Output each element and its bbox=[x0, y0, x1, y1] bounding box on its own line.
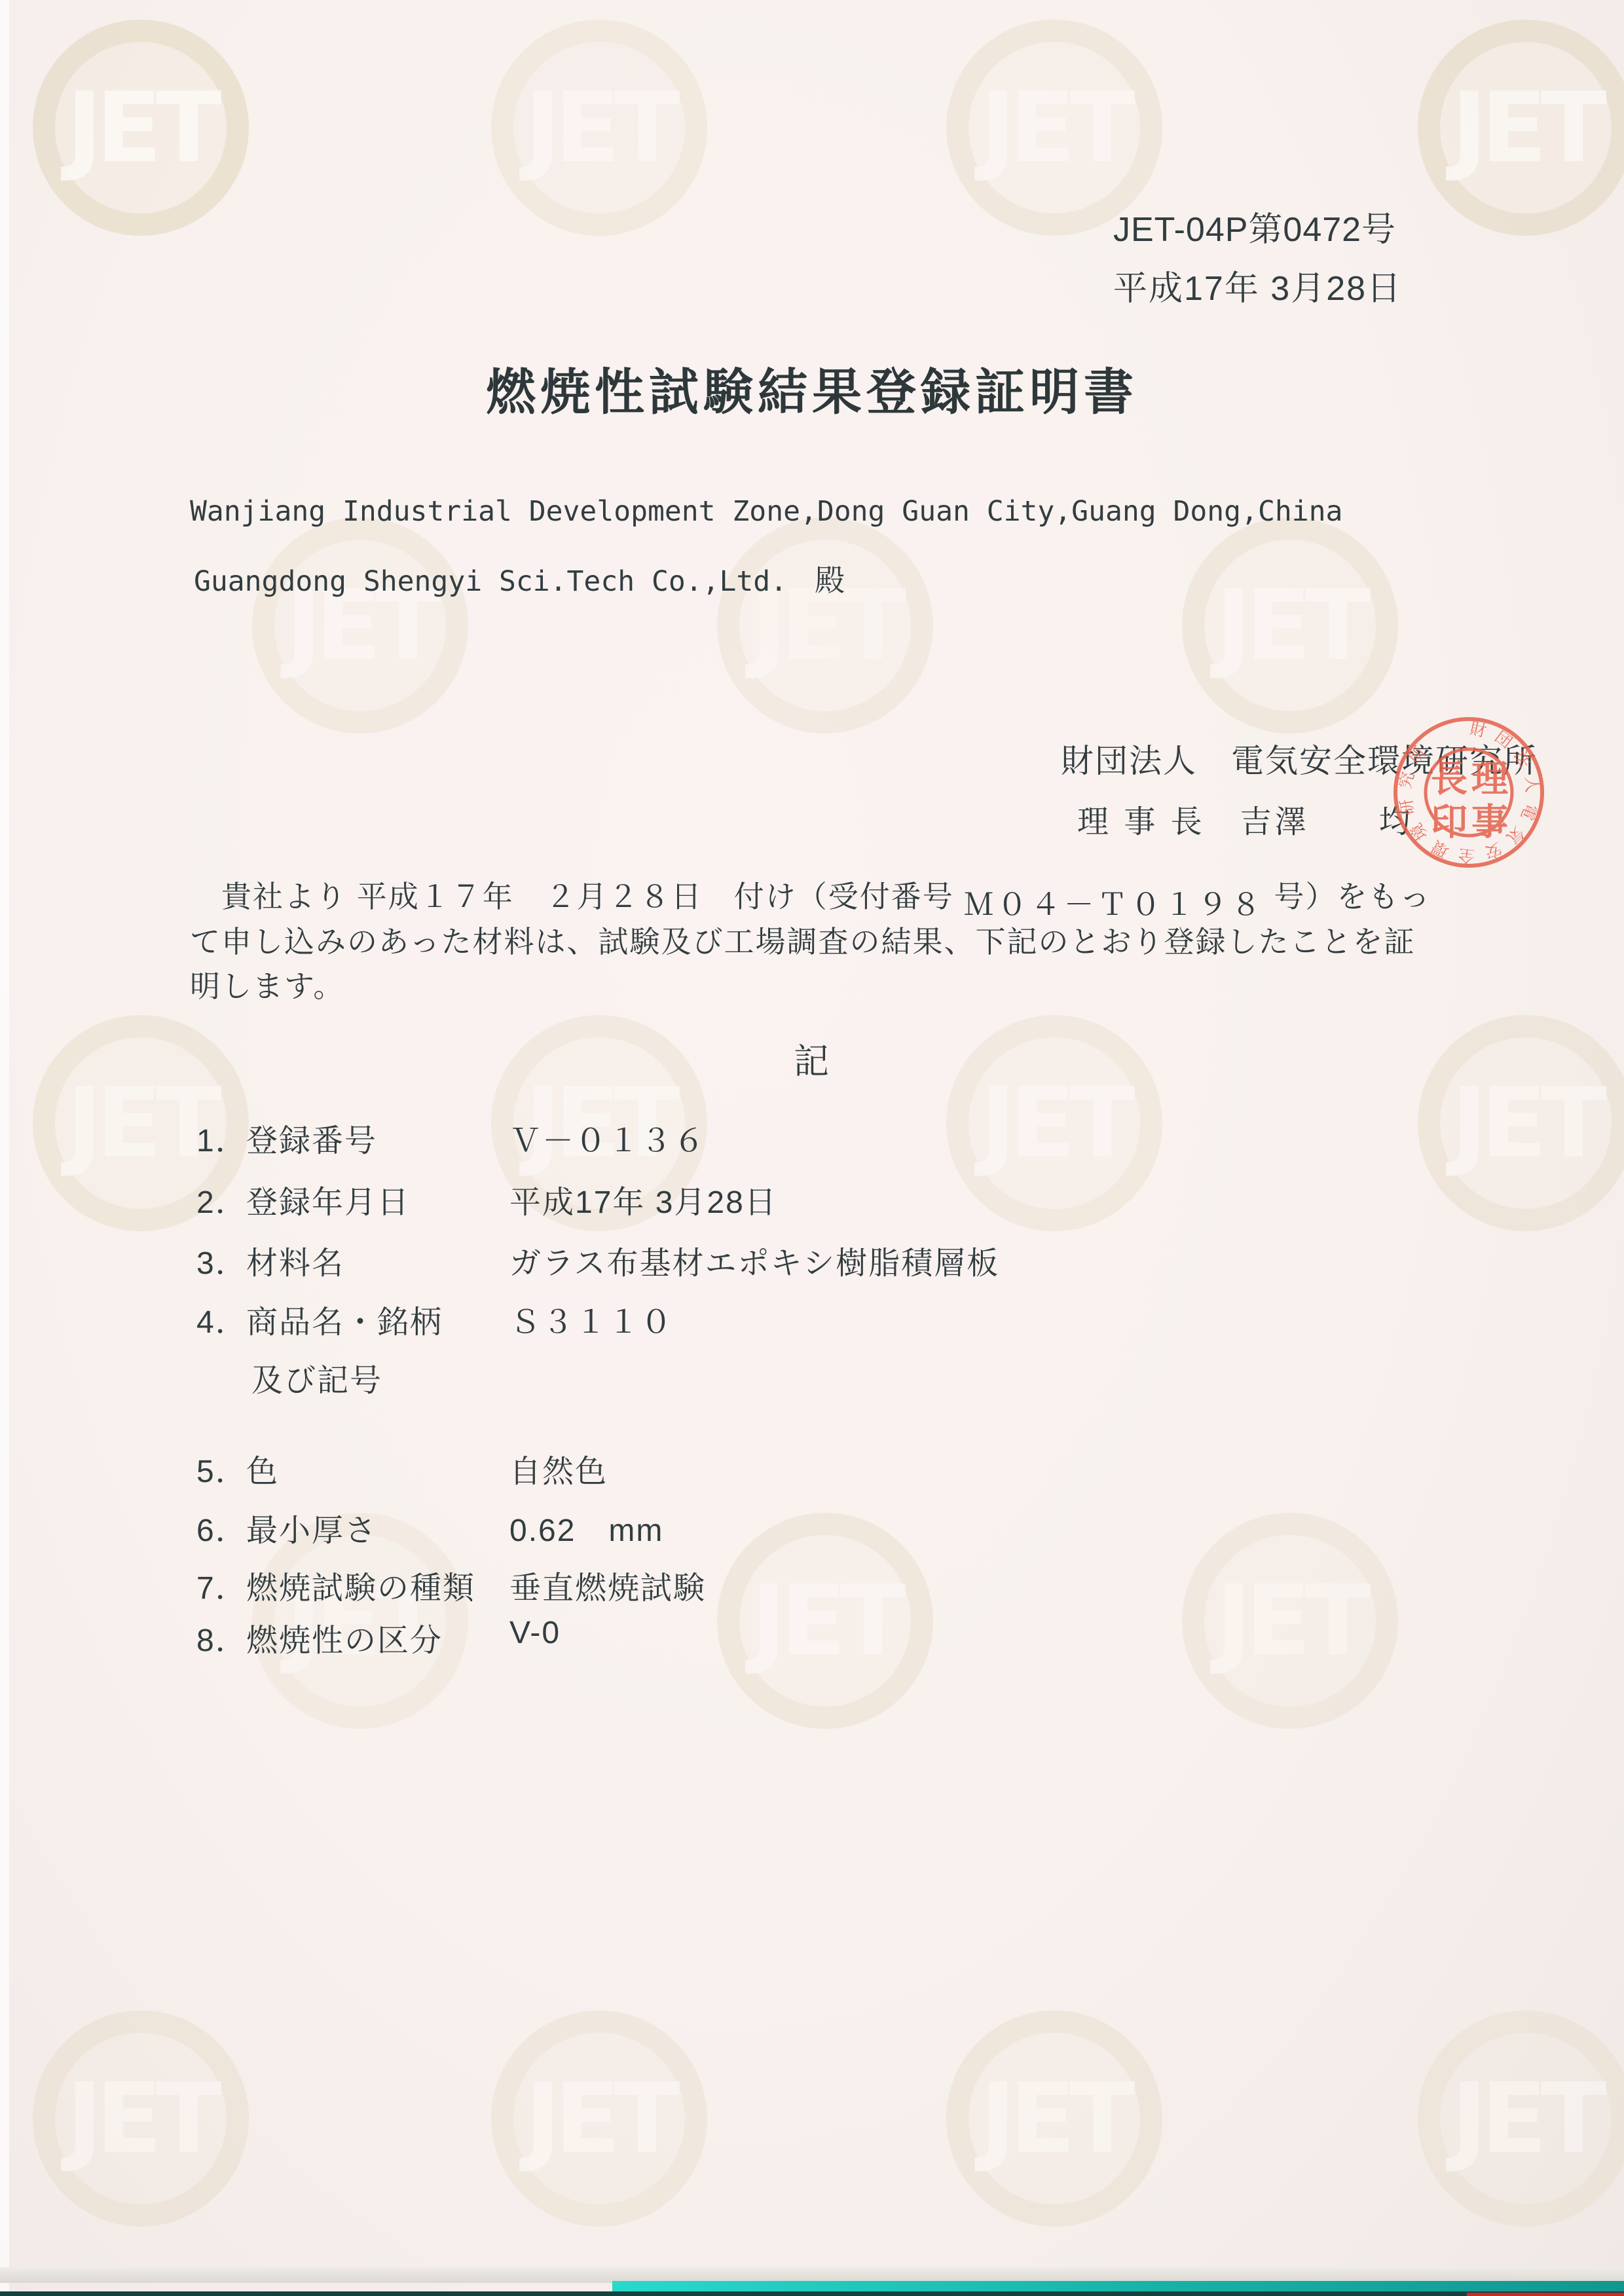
recipient-company-line: Guangdong Shengyi Sci.Tech Co.,Ltd.殿 bbox=[194, 557, 845, 600]
document-title: 燃焼性試験結果登録証明書 bbox=[0, 352, 1624, 424]
item-registration-number: 1．登録番号 Ｖ－０１３６ bbox=[196, 1115, 377, 1160]
item-number: 7． bbox=[196, 1563, 246, 1608]
recipient-address: Wanjiang Industrial Development Zone,Don… bbox=[190, 495, 1342, 528]
item-label-line2: 及び記号 bbox=[246, 1355, 443, 1400]
item-value: V-0 bbox=[509, 1615, 561, 1651]
body-line-1-prefix: 貴社より 平成１７年 ２月２８日 付け（受付番号 bbox=[190, 880, 964, 914]
item-min-thickness: 6．最小厚さ 0.62 mm bbox=[196, 1505, 377, 1550]
item-label: 材料名 bbox=[246, 1238, 344, 1283]
body-line-2: て申し込みのあった材料は、試験及び工場調査の結果、下記のとおり登録したことを証 bbox=[190, 918, 1416, 961]
item-label: 登録年月日 bbox=[246, 1177, 410, 1222]
item-number: 8． bbox=[196, 1615, 246, 1660]
document-ref-number: JET-04P第0472号 bbox=[1113, 202, 1396, 251]
item-value: Ｖ－０１３６ bbox=[509, 1115, 706, 1160]
item-label: 燃焼試験の種類 bbox=[246, 1563, 475, 1608]
record-marker: 記 bbox=[0, 1033, 1624, 1084]
item-label: 色 bbox=[246, 1446, 279, 1491]
scan-bottom-red-mark bbox=[1467, 2293, 1624, 2296]
item-test-type: 7．燃焼試験の種類 垂直燃焼試験 bbox=[196, 1563, 475, 1608]
item-label: 商品名・銘柄及び記号 bbox=[246, 1297, 443, 1400]
item-value: 自然色 bbox=[509, 1446, 608, 1491]
item-number: 1． bbox=[196, 1115, 246, 1160]
certificate-page: JETJETJETJETJETJETJETJETJETJETJETJETJETJ… bbox=[0, 0, 1624, 2296]
item-label-line1: 商品名・銘柄 bbox=[246, 1305, 443, 1340]
item-number: 5． bbox=[196, 1446, 246, 1491]
item-flammability-class: 8．燃焼性の区分 V-0 bbox=[196, 1615, 443, 1660]
item-color: 5．色 自然色 bbox=[196, 1446, 279, 1491]
item-number: 4． bbox=[196, 1297, 246, 1342]
item-value: Ｓ３１１０ bbox=[509, 1297, 673, 1342]
issuer-representative: 理 事 長 吉澤 均 bbox=[1077, 796, 1414, 842]
item-value: 垂直燃焼試験 bbox=[509, 1563, 706, 1608]
item-value: ガラス布基材エポキシ樹脂積層板 bbox=[509, 1238, 999, 1283]
item-number: 2． bbox=[196, 1177, 246, 1222]
item-number: 3． bbox=[196, 1238, 246, 1283]
item-value: 0.62 mm bbox=[509, 1505, 663, 1550]
item-product-name: 4．商品名・銘柄及び記号 Ｓ３１１０ bbox=[196, 1297, 443, 1400]
issuer-organization: 財団法人 電気安全環境研究所 bbox=[1061, 735, 1538, 782]
body-line-1: 貴社より 平成１７年 ２月２８日 付け（受付番号 Ｍ０４－Ｔ０１９８ 号）をもっ bbox=[190, 873, 1431, 916]
body-line-1-suffix: 号）をもっ bbox=[1264, 880, 1431, 914]
item-number: 6． bbox=[196, 1505, 246, 1550]
item-registration-date: 2．登録年月日 平成17年 3月28日 bbox=[196, 1177, 410, 1222]
certificate-content: JET-04P第0472号 平成17年 3月28日 燃焼性試験結果登録証明書 W… bbox=[0, 0, 1624, 2296]
recipient-company: Guangdong Shengyi Sci.Tech Co.,Ltd. bbox=[194, 565, 787, 598]
item-label: 燃焼性の区分 bbox=[246, 1615, 443, 1660]
item-value: 平成17年 3月28日 bbox=[509, 1177, 777, 1222]
item-material-name: 3．材料名 ガラス布基材エポキシ樹脂積層板 bbox=[196, 1238, 344, 1283]
item-label: 最小厚さ bbox=[246, 1505, 377, 1550]
recipient-honorific: 殿 bbox=[815, 563, 845, 597]
issue-date: 平成17年 3月28日 bbox=[1113, 261, 1402, 310]
body-line-3: 明します。 bbox=[190, 963, 344, 1006]
scan-bottom-dark-line bbox=[0, 2291, 1624, 2296]
item-label: 登録番号 bbox=[246, 1115, 377, 1160]
